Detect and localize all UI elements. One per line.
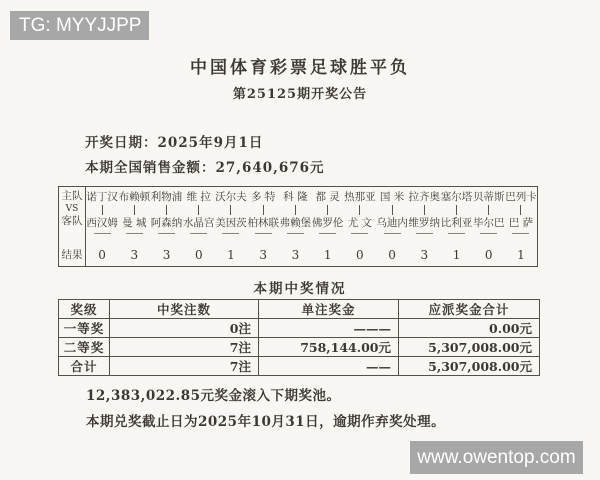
issue-subtitle: 第25125期开奖公告 <box>0 83 600 102</box>
prize-header-total: 应派奖金合计 <box>399 300 540 319</box>
match-result: 3 <box>292 248 300 266</box>
prize-total-amount: 5,307,008.00元 <box>399 338 540 357</box>
match-columns: 诺丁汉 西汉姆 0 布赖顿 曼 城 3 利物浦 阿森纳 3 维 <box>86 187 537 266</box>
underline-dash-icon <box>287 233 304 234</box>
prize-total-amount: 5,307,008.00元 <box>399 357 540 376</box>
vs-bar-icon <box>520 205 521 215</box>
site-watermark-badge: www.owentop.com <box>410 441 583 474</box>
prize-single-amount: —— <box>259 357 399 376</box>
underline-dash-icon <box>222 233 239 234</box>
vs-bar-icon <box>424 205 425 215</box>
table-row-second-prize: 二等奖 7注 758,144.00元 5,307,008.00元 <box>59 338 540 357</box>
match-column-1: 诺丁汉 西汉姆 0 <box>86 187 118 266</box>
home-team: 利物浦 <box>151 190 183 204</box>
match-result: 3 <box>131 248 139 266</box>
underline-dash-icon <box>126 233 143 234</box>
site-watermark-text: www.owentop.com <box>417 447 575 469</box>
result-label: 结果 <box>62 249 83 262</box>
underline-dash-icon <box>416 233 433 234</box>
away-team: 比利亚 <box>441 216 473 230</box>
underline-dash-icon <box>512 233 529 234</box>
home-team: 贝蒂斯 <box>473 190 505 204</box>
vs-bar-icon <box>359 205 360 215</box>
table-row-first-prize: 一等奖 0注 ——— 0.00元 <box>59 319 540 338</box>
away-team: 弗赖堡 <box>280 216 312 230</box>
prize-header-single: 单注奖金 <box>259 300 399 319</box>
deadline-note: 本期兑奖截止日为2025年10月31日，逾期作弃奖处理。 <box>86 410 445 430</box>
away-team: 阿森纳 <box>151 216 183 230</box>
match-result: 3 <box>259 248 267 266</box>
away-team: 柏林联 <box>247 216 279 230</box>
prize-count: 7注 <box>110 357 259 376</box>
match-column-2: 布赖顿 曼 城 3 <box>118 187 150 266</box>
prize-level: 一等奖 <box>59 319 110 338</box>
prize-header-count: 中奖注数 <box>110 300 259 319</box>
vs-bar-icon <box>456 205 457 215</box>
vs-bar-icon <box>488 205 489 215</box>
home-team: 拉齐奥 <box>409 190 441 204</box>
prize-header-level: 奖级 <box>59 300 110 319</box>
vs-bar-icon <box>198 205 199 215</box>
prize-table: 奖级 中奖注数 单注奖金 应派奖金合计 一等奖 0注 ——— 0.00元 二等奖… <box>58 299 540 376</box>
underline-dash-icon <box>94 233 111 234</box>
vs-label: VS <box>66 203 79 215</box>
match-result: 0 <box>356 248 364 266</box>
match-result: 0 <box>388 248 396 266</box>
match-result: 1 <box>324 248 332 266</box>
prize-single-amount: 758,144.00元 <box>259 338 399 357</box>
match-column-4: 维 拉 水晶宫 0 <box>183 187 215 266</box>
underline-dash-icon <box>384 233 401 234</box>
away-team: 美因茨 <box>215 216 247 230</box>
home-team: 国 米 <box>380 190 404 204</box>
match-column-9: 热那亚 尤 文 0 <box>344 187 376 266</box>
vs-bar-icon <box>295 205 296 215</box>
vs-bar-icon <box>102 205 103 215</box>
match-result: 1 <box>517 248 525 266</box>
home-team: 塞尔塔 <box>441 190 473 204</box>
home-team: 热那亚 <box>344 190 376 204</box>
match-result: 0 <box>485 248 493 266</box>
prize-section-title: 本期中奖情况 <box>0 277 600 297</box>
match-result: 1 <box>227 248 235 266</box>
tg-watermark-badge: TG: MYYJJPP <box>10 11 149 40</box>
home-team: 诺丁汉 <box>86 190 118 204</box>
match-column-6: 多 特 柏林联 3 <box>247 187 279 266</box>
match-column-11: 拉齐奥 维罗纳 3 <box>408 187 440 266</box>
match-column-3: 利物浦 阿森纳 3 <box>150 187 182 266</box>
away-team: 水晶宫 <box>183 216 215 230</box>
away-team: 巴 萨 <box>509 216 533 230</box>
home-team: 布赖顿 <box>119 190 151 204</box>
prize-total-amount: 0.00元 <box>399 319 540 338</box>
match-result: 0 <box>98 248 106 266</box>
prize-table-header-row: 奖级 中奖注数 单注奖金 应派奖金合计 <box>59 300 540 319</box>
match-result: 0 <box>195 248 203 266</box>
underline-dash-icon <box>158 233 175 234</box>
away-team: 毕尔巴 <box>473 216 505 230</box>
tg-watermark-text: TG: MYYJJPP <box>19 15 141 37</box>
away-team: 西汉姆 <box>86 216 118 230</box>
home-team: 沃尔夫 <box>215 190 247 204</box>
underline-dash-icon <box>351 233 368 234</box>
vs-bar-icon <box>166 205 167 215</box>
match-column-5: 沃尔夫 美因茨 1 <box>215 187 247 266</box>
home-team: 多 特 <box>251 190 275 204</box>
table-row-total: 合计 7注 —— 5,307,008.00元 <box>59 357 540 376</box>
sales-amount-line: 本期全国销售金额：27,640,676元 <box>85 156 325 176</box>
match-result: 3 <box>420 248 428 266</box>
draw-date-line: 开奖日期：2025年9月1日 <box>85 131 263 151</box>
vs-bar-icon <box>392 205 393 215</box>
underline-dash-icon <box>319 233 336 234</box>
match-column-14: 巴列卡 巴 萨 1 <box>505 187 537 266</box>
vs-bar-icon <box>263 205 264 215</box>
match-column-8: 都 灵 佛罗伦 1 <box>312 187 344 266</box>
vs-bar-icon <box>230 205 231 215</box>
prize-single-amount: ——— <box>259 319 399 338</box>
match-results-table: 主队 VS 客队 结果 诺丁汉 西汉姆 0 布赖顿 曼 城 3 利物浦 <box>58 186 538 267</box>
page-title: 中国体育彩票足球胜平负 <box>0 53 600 78</box>
match-result: 1 <box>453 248 461 266</box>
vs-bar-icon <box>134 205 135 215</box>
match-table-label-column: 主队 VS 客队 结果 <box>59 187 86 266</box>
away-team: 曼 城 <box>122 216 146 230</box>
match-column-12: 塞尔塔 比利亚 1 <box>440 187 472 266</box>
match-column-10: 国 米 乌迪内 0 <box>376 187 408 266</box>
prize-count: 7注 <box>110 338 259 357</box>
away-team: 尤 文 <box>348 216 372 230</box>
rollover-note: 12,383,022.85元奖金滚入下期奖池。 <box>86 384 341 404</box>
home-label: 主队 <box>62 190 83 203</box>
prize-count: 0注 <box>110 319 259 338</box>
match-column-13: 贝蒂斯 毕尔巴 0 <box>473 187 505 266</box>
match-column-7: 科 隆 弗赖堡 3 <box>279 187 311 266</box>
away-label: 客队 <box>62 215 83 228</box>
away-team: 佛罗伦 <box>312 216 344 230</box>
lottery-announcement-page: TG: MYYJJPP 中国体育彩票足球胜平负 第25125期开奖公告 开奖日期… <box>0 0 600 480</box>
underline-dash-icon <box>255 233 272 234</box>
home-team: 巴列卡 <box>505 190 537 204</box>
prize-level: 二等奖 <box>59 338 110 357</box>
underline-dash-icon <box>480 233 497 234</box>
underline-dash-icon <box>448 233 465 234</box>
home-team: 科 隆 <box>283 190 307 204</box>
prize-level: 合计 <box>59 357 110 376</box>
home-team: 都 灵 <box>315 190 339 204</box>
underline-dash-icon <box>190 233 207 234</box>
match-result: 3 <box>163 248 171 266</box>
away-team: 维罗纳 <box>409 216 441 230</box>
vs-bar-icon <box>327 205 328 215</box>
home-team: 维 拉 <box>187 190 211 204</box>
away-team: 乌迪内 <box>376 216 408 230</box>
